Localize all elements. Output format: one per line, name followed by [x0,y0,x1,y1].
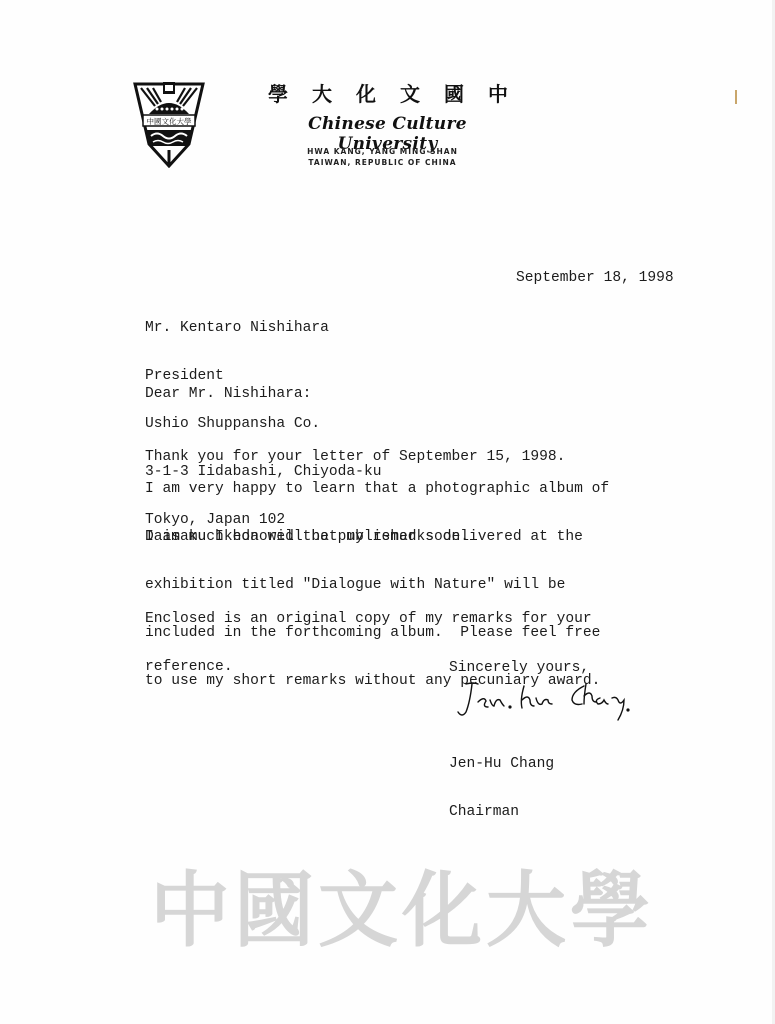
cn-char: 國 [444,78,464,107]
signer-title: Chairman [449,804,554,820]
cn-char: 中 [488,78,508,107]
text-line: I am very happy to learn that a photogra… [145,481,609,497]
signer-block: Jen-Hu Chang Chairman [449,724,554,852]
watermark-char: 學 [570,844,650,961]
recipient-line: President [145,368,381,384]
cn-char: 學 [268,78,288,107]
text-line: I am much honored that my remarks delive… [145,529,600,545]
handwritten-signature [452,678,662,728]
watermark-char: 大 [486,844,566,961]
watermark-char: 中 [150,844,230,961]
cn-char: 文 [400,78,420,107]
salutation: Dear Mr. Nishihara: [145,386,311,402]
cn-char: 化 [356,78,376,107]
closing: Sincerely yours, [449,660,589,676]
watermark-char: 文 [318,844,398,961]
signer-name: Jen-Hu Chang [449,756,554,772]
cn-char: 大 [312,78,332,107]
letter-date: September 18, 1998 [516,270,674,286]
address-line: HWA KANG, YANG MING SHAN [265,146,500,157]
paper-mark [735,90,737,104]
address-line: TAIWAN, REPUBLIC OF CHINA [265,157,500,168]
recipient-line: Mr. Kentaro Nishihara [145,320,381,336]
university-chinese-name: 學 大 化 文 國 中 [268,78,508,107]
university-crest-icon: 中國文化大學 [133,80,205,168]
text-line: Enclosed is an original copy of my remar… [145,611,592,627]
watermark: 中 國 文 化 大 學 [150,848,650,958]
watermark-char: 化 [402,844,482,961]
letter-page: 中國文化大學 學 大 化 文 國 中 Chinese Culture Unive… [0,0,775,1024]
university-address: HWA KANG, YANG MING SHAN TAIWAN, REPUBLI… [265,146,500,168]
svg-text:中國文化大學: 中國文化大學 [147,116,192,126]
watermark-char: 國 [234,844,314,961]
